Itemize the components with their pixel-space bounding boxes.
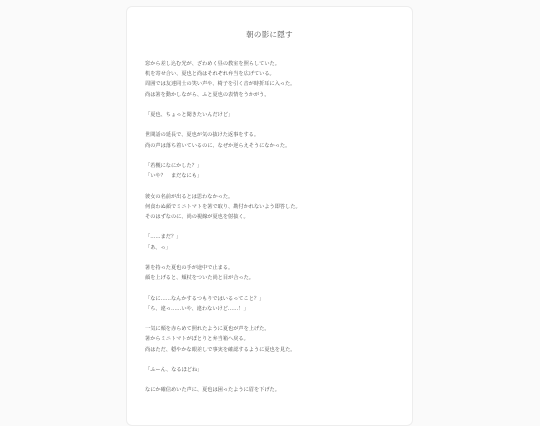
text-line: 箸を持った夏也の手が途中で止まる。 — [145, 263, 407, 273]
paragraph: なにか確信めいた声に、夏也は困ったように眉を下げた。 — [145, 385, 407, 395]
dialogue-line: 「夏也、ちょっと聞きたいんだけど」 — [145, 110, 407, 120]
story-title: 朝の影に隠す — [127, 29, 412, 40]
paragraph: 彼女の名前が出るとは思わなかった。 何食わぬ顔でミニトマトを箸で取り、勘付かれな… — [145, 192, 407, 223]
text-line: 尚はただ、穏やかな眼差しで事実を確認するように夏也を見た。 — [145, 345, 407, 355]
text-line: 周囲では友達同士の笑い声や、椅子を引く音が時折耳に入った。 — [145, 79, 407, 89]
story-card: 朝の影に隠す 窓から差し込む光が、ざわめく昼の教室を照らしていた。 机を寄せ合い… — [126, 6, 413, 405]
text-line: 箸からミニトマトがぽとりと弁当箱へ戻る。 — [145, 334, 407, 344]
dialogue-line: 「なに……なんかするつもりではいるってこと？」 — [145, 294, 407, 304]
dialogue-line: 「ち、違っ……いや、違わないけど……！」 — [145, 304, 407, 314]
text-line: 窓から差し込む光が、ざわめく昼の教室を照らしていた。 — [145, 59, 407, 69]
dialogue-line: 「あ、っ」 — [145, 243, 407, 253]
paragraph: 窓から差し込む光が、ざわめく昼の教室を照らしていた。 机を寄せ合い、夏也と尚はそ… — [145, 59, 407, 100]
text-line: そのはずなのに、尚の視線が夏也を射抜く。 — [145, 212, 407, 222]
paragraph: 「……まだ？」 「あ、っ」 — [145, 232, 407, 252]
text-line: 彼女の名前が出るとは思わなかった。 — [145, 192, 407, 202]
dialogue-line: 「いや？ まだなにも」 — [145, 171, 407, 181]
paragraph: 一気に頬を赤らめて照れたように夏也が声を上げた。 箸からミニトマトがぽとりと弁当… — [145, 324, 407, 355]
dialogue-line: 「ふーん、なるほどね」 — [145, 365, 407, 375]
text-line: なにか確信めいた声に、夏也は困ったように眉を下げた。 — [145, 385, 407, 395]
paragraph: 「夏也、ちょっと聞きたいんだけど」 — [145, 110, 407, 120]
paragraph: 「ふーん、なるほどね」 — [145, 365, 407, 375]
text-line: 一気に頬を赤らめて照れたように夏也が声を上げた。 — [145, 324, 407, 334]
paragraph: 世間話の延長で、夏也が気の抜けた返事をする。 尚の声は落ち着いているのに、なぜか… — [145, 130, 407, 150]
paragraph: 箸を持った夏也の手が途中で止まる。 顔を上げると、頬杖をついた尚と目が合った。 — [145, 263, 407, 283]
text-line: 何食わぬ顔でミニトマトを箸で取り、勘付かれないよう即答した。 — [145, 202, 407, 212]
text-line: 世間話の延長で、夏也が気の抜けた返事をする。 — [145, 130, 407, 140]
text-line: 尚は箸を動かしながら、ふと夏也の表情をうかがう。 — [145, 90, 407, 100]
text-line: 顔を上げると、頬杖をついた尚と目が合った。 — [145, 273, 407, 283]
paragraph: 「若槻になにかした？」 「いや？ まだなにも」 — [145, 161, 407, 181]
story-body: 窓から差し込む光が、ざわめく昼の教室を照らしていた。 机を寄せ合い、夏也と尚はそ… — [145, 59, 407, 405]
text-line: 机を寄せ合い、夏也と尚はそれぞれ弁当を広げている。 — [145, 69, 407, 79]
dialogue-line: 「若槻になにかした？」 — [145, 161, 407, 171]
dialogue-line: 「……まだ？」 — [145, 232, 407, 242]
paragraph: 「なに……なんかするつもりではいるってこと？」 「ち、違っ……いや、違わないけど… — [145, 294, 407, 314]
text-line: 尚の声は落ち着いているのに、なぜか逆らえそうになかった。 — [145, 141, 407, 151]
